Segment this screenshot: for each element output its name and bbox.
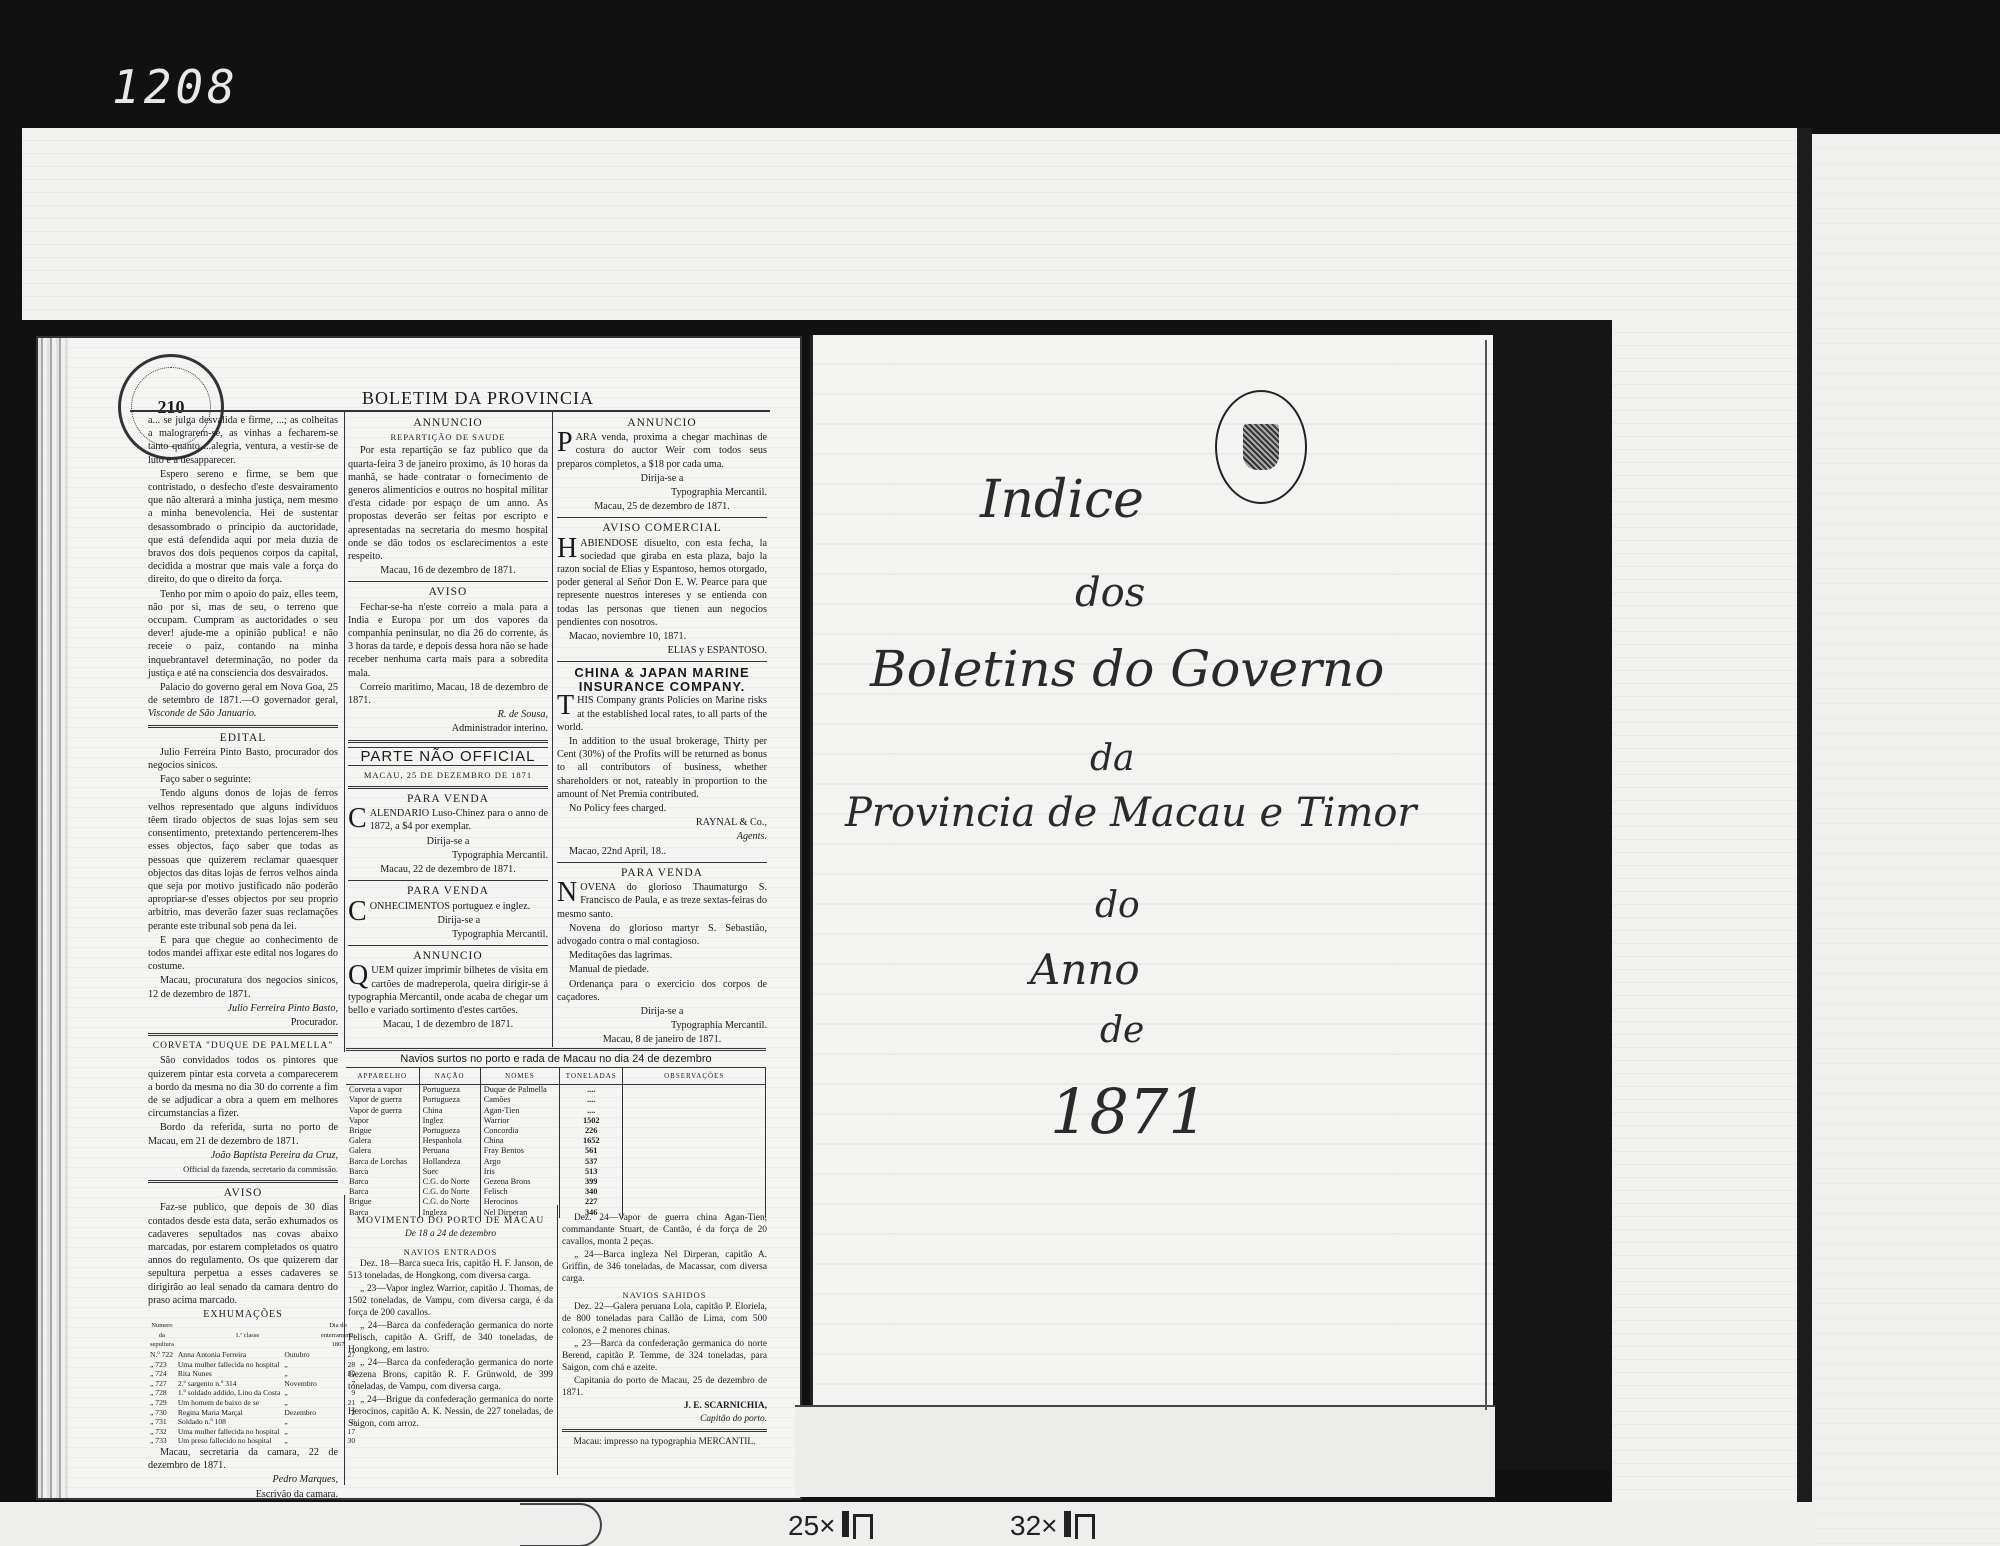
manuscript-line-dos: dos xyxy=(1075,570,1145,616)
exhumacoes-row: „ 729Um homem de baixo de se„21 xyxy=(148,1398,357,1408)
binding-edge xyxy=(38,338,68,1498)
ships-table-cell: Portugueza xyxy=(419,1126,480,1136)
navio-entrado: „ 24—Barca ingleza Nel Dirperan, capitão… xyxy=(562,1249,767,1285)
ships-table-cell: Iris xyxy=(480,1167,559,1177)
venda-direction: Dirija-se a xyxy=(348,914,548,927)
column-2: ANNUNCIO REPARTIÇÃO DE SAUDE Por esta re… xyxy=(348,414,548,1032)
exhumacoes-cell: „ 728 xyxy=(148,1388,176,1398)
navio-entrado: „ 24—Barca da confederação germanica do … xyxy=(348,1357,553,1393)
corveta-heading: CORVETA "DUQUE DE PALMELLA" xyxy=(148,1040,338,1053)
exhumacoes-heading: EXHUMAÇÕES xyxy=(148,1308,338,1321)
venda-heading: PARA VENDA xyxy=(557,867,767,880)
annuncio-typography: Typographia Mercantil. xyxy=(557,486,767,499)
ships-table-cell xyxy=(623,1187,766,1197)
exhumacoes-row: „ 731Soldado n.º 108„6 xyxy=(148,1417,357,1427)
exhumacoes-row: „ 730Regina Maria MarçalDezembro2 xyxy=(148,1408,357,1418)
exhumacoes-table: Numero da sepultura1.ª classeDia do ente… xyxy=(148,1321,357,1446)
ships-table-row: Vapor de guerraPortuguezaCamões.... xyxy=(346,1095,766,1105)
edital-role: Procurador. xyxy=(148,1016,338,1029)
exhumacoes-cell: Um homem de baixo de se xyxy=(176,1398,283,1408)
exhumacoes-header: 1.ª classe xyxy=(176,1321,319,1350)
edital-text: E para que chegue ao conhecimento de tod… xyxy=(148,934,338,974)
edital-text: Julio Ferreira Pinto Basto, procurador d… xyxy=(148,746,338,772)
ships-table-cell: 227 xyxy=(560,1197,623,1207)
aviso-signature: R. de Sousa, xyxy=(348,708,548,721)
ships-table-row: BarcaC.G. do NorteFelisch340 xyxy=(346,1187,766,1197)
venda-text: Manual de piedade. xyxy=(557,963,767,976)
ships-table-cell: 561 xyxy=(560,1146,623,1156)
movimento-heading: MOVIMENTO DO PORTO DE MACAU xyxy=(348,1215,553,1227)
ships-table-cell: Vapor de guerra xyxy=(346,1106,419,1116)
venda-typography: Typographia Mercantil. xyxy=(348,928,548,941)
ships-table-cell xyxy=(623,1106,766,1116)
exhumacoes-cell: Um preso fallecido no hospital xyxy=(176,1436,283,1446)
movimento-closing: Capitania do porto de Macau, 25 de dezem… xyxy=(562,1375,767,1399)
ships-table-cell: Barca xyxy=(346,1177,419,1187)
exhumacoes-cell: „ xyxy=(282,1360,318,1370)
ships-table: APPARELHONAÇÃONOMESTONELADASOBSERVAÇÕES … xyxy=(346,1068,766,1218)
exhumacoes-cell: N.º 722 xyxy=(148,1350,176,1360)
aviso-text: Correio maritimo, Macau, 18 de dezembro … xyxy=(348,681,548,707)
navio-sahido: Dez. 22—Galera peruana Lola, capitão P. … xyxy=(562,1301,767,1337)
masthead-rule xyxy=(130,410,770,412)
exhumacoes-cell: „ 729 xyxy=(148,1398,176,1408)
insurance-text: In addition to the usual brokerage, Thir… xyxy=(557,735,767,801)
exhumacoes-cell: Soldado n.º 108 xyxy=(176,1417,283,1427)
insurance-signature: RAYNAL & Co., xyxy=(557,816,767,829)
corveta-signature: João Baptista Pereira da Cruz, xyxy=(148,1149,338,1162)
masthead: BOLETIM DA PROVINCIA xyxy=(362,388,594,409)
column-rule-1 xyxy=(344,412,345,1052)
ships-table-section: Navios surtos no porto e rada de Macau n… xyxy=(346,1048,766,1218)
corveta-text: Bordo da referida, surta no porto de Mac… xyxy=(148,1121,338,1147)
venda-text: Novena do glorioso martyr S. Sebastião, … xyxy=(557,922,767,948)
column-rule-2 xyxy=(552,412,553,1047)
edital-text: Tendo alguns donos de lojas de ferros ve… xyxy=(148,787,338,932)
movimento-subtitle: De 18 a 24 de dezembro xyxy=(348,1228,553,1240)
ships-table-cell: Hollandeza xyxy=(419,1157,480,1167)
venda-text: CALENDARIO Luso-Chinez para o anno de 18… xyxy=(348,807,548,833)
ships-table-cell: Herocinos xyxy=(480,1197,559,1207)
manuscript-line-provincia: Provincia de Macau e Timor xyxy=(845,790,1417,836)
provincia-stamp xyxy=(1215,390,1307,504)
ships-table-title: Navios surtos no porto e rada de Macau n… xyxy=(346,1051,766,1068)
exhumacoes-cell: „ 733 xyxy=(148,1436,176,1446)
aviso-comercial-heading: AVISO COMERCIAL xyxy=(557,522,767,535)
exhumacoes-row: „ 7281.º soldado addido, Lino da Costa„9 xyxy=(148,1388,357,1398)
annuncio-date: Macau, 25 de dezembro de 1871. xyxy=(557,500,767,513)
ships-table-row: GaleraHespanholaChina1652 xyxy=(346,1136,766,1146)
ships-table-cell: .... xyxy=(560,1095,623,1105)
ships-table-cell: Corveta a vapor xyxy=(346,1085,419,1096)
upper-tab xyxy=(1812,134,2000,1546)
venda-direction: Dirija-se a xyxy=(348,835,548,848)
exhumacoes-cell: „ xyxy=(282,1388,318,1398)
exhumacoes-cell: „ 731 xyxy=(148,1417,176,1427)
exhumacoes-cell: 2.º sargento n.º 314 xyxy=(176,1379,283,1389)
exhumacoes-cell: „ 727 xyxy=(148,1379,176,1389)
column-1: a... se julga desvalida e firme, ...; as… xyxy=(148,414,338,1502)
insurance-text: No Policy fees charged. xyxy=(557,802,767,815)
edital-text: Faço saber o seguinte: xyxy=(148,773,338,786)
ships-table-cell: Inglez xyxy=(419,1116,480,1126)
manuscript-line-indice: Indice xyxy=(980,470,1144,530)
ships-table-cell: China xyxy=(480,1136,559,1146)
movimento-section-right: Dez. 24—Vapor de guerra china Agan-Tien,… xyxy=(562,1212,767,1449)
exhumacoes-cell: Rita Nunes xyxy=(176,1369,283,1379)
exhumacoes-cell: Novembro xyxy=(282,1379,318,1389)
edital-text: Macau, procuratura dos negocios sinicos,… xyxy=(148,974,338,1000)
exhumacoes-row: „ 7272.º sargento n.º 314Novembro7 xyxy=(148,1379,357,1389)
aviso-comercial-text: HABIENDOSE disuelto, con esta fecha, la … xyxy=(557,537,767,629)
exhumacoes-row: N.º 722Anna Antonia FerreiraOutubro27 xyxy=(148,1350,357,1360)
exhumacoes-cell: „ 732 xyxy=(148,1427,176,1437)
parte-nao-official-heading: PARTE NÃO OFFICIAL xyxy=(348,747,548,766)
ships-table-row: VaporInglezWarrior1502 xyxy=(346,1116,766,1126)
column-3: ANNUNCIO PARA venda, proxima a chegar ma… xyxy=(557,414,767,1048)
ships-table-cell: China xyxy=(419,1106,480,1116)
ships-table-cell: Suec xyxy=(419,1167,480,1177)
venda-heading: PARA VENDA xyxy=(348,793,548,806)
aviso-text: Faz-se publico, que depois de 30 dias co… xyxy=(148,1201,338,1307)
venda-typography: Typographia Mercantil. xyxy=(557,1019,767,1032)
navio-entrado: Dez. 18—Barca sueca Iris, capitão H. F. … xyxy=(348,1258,553,1282)
reduction-mark-25: 25× xyxy=(788,1510,873,1542)
ships-table-cell: Galera xyxy=(346,1136,419,1146)
ships-table-cell xyxy=(623,1136,766,1146)
ships-table-cell xyxy=(623,1095,766,1105)
reduction-mark-32: 32× xyxy=(1010,1510,1095,1542)
ships-table-row: Vapor de guerraChinaAgan-Tien.... xyxy=(346,1106,766,1116)
annuncio-text: QUEM quizer imprimir bilhetes de visita … xyxy=(348,964,548,1017)
exhumacoes-row: „ 724Rita Nunes„30 xyxy=(148,1369,357,1379)
ships-column-header: OBSERVAÇÕES xyxy=(623,1068,766,1085)
navio-entrado: „ 24—Brigue da confederação germanica do… xyxy=(348,1394,553,1430)
ships-table-cell: Barca xyxy=(346,1187,419,1197)
ships-table-cell: Hespanhola xyxy=(419,1136,480,1146)
venda-heading: PARA VENDA xyxy=(348,885,548,898)
entrados-heading: NAVIOS ENTRADOS xyxy=(348,1246,553,1258)
ships-table-cell: Peruana xyxy=(419,1146,480,1156)
venda-date: Macau, 8 de janeiro de 1871. xyxy=(557,1033,767,1046)
ships-table-row: BarcaSuecIris513 xyxy=(346,1167,766,1177)
col1-intro: a... se julga desvalida e firme, ...; as… xyxy=(148,414,338,467)
movimento-section: MOVIMENTO DO PORTO DE MACAU De 18 a 24 d… xyxy=(348,1212,553,1431)
ships-column-header: NAÇÃO xyxy=(419,1068,480,1085)
venda-text: Ordenança para o exercicio dos corpos de… xyxy=(557,978,767,1004)
aviso-comercial-date: Macao, noviembre 10, 1871. xyxy=(557,630,767,643)
aviso-heading: AVISO xyxy=(348,586,548,599)
ships-column-header: APPARELHO xyxy=(346,1068,419,1085)
exhumacoes-cell: 30 xyxy=(319,1436,357,1446)
movimento-role: Capitão do porto. xyxy=(562,1413,767,1425)
edital-signature: Julio Ferreira Pinto Basto, xyxy=(148,1002,338,1015)
annuncio-date: Macau, 1 de dezembro de 1871. xyxy=(348,1018,548,1031)
col1-paragraph: Tenho por mim o apoio do paiz, elles tee… xyxy=(148,588,338,680)
ships-table-row: Barca de LorchasHollandezaArgo537 xyxy=(346,1157,766,1167)
navio-sahido: „ 23—Barca da confederação germanica do … xyxy=(562,1338,767,1374)
insurance-date: Macao, 22nd April, 18.. xyxy=(557,845,767,858)
ships-table-cell: Portugueza xyxy=(419,1085,480,1096)
upper-sheet-right xyxy=(1612,320,1797,1546)
manuscript-page xyxy=(810,335,1493,1410)
exhumacoes-cell: Regina Maria Marçal xyxy=(176,1408,283,1418)
exhumacoes-cell: Anna Antonia Ferreira xyxy=(176,1350,283,1360)
ships-table-cell: .... xyxy=(560,1085,623,1096)
venda-date: Macau, 22 de dezembro de 1871. xyxy=(348,863,548,876)
ships-table-cell: C.G. do Norte xyxy=(419,1177,480,1187)
ships-table-cell: Brigue xyxy=(346,1197,419,1207)
ships-table-cell: Vapor de guerra xyxy=(346,1095,419,1105)
manuscript-line-de: de xyxy=(1100,1010,1144,1051)
ships-table-cell xyxy=(623,1197,766,1207)
exhumacoes-cell: Outubro xyxy=(282,1350,318,1360)
ships-table-cell: Gezena Brons xyxy=(480,1177,559,1187)
ships-table-cell: Camões xyxy=(480,1095,559,1105)
column-rule-4 xyxy=(557,1205,558,1475)
venda-text: NOVENA do glorioso Thaumaturgo S. Franci… xyxy=(557,881,767,921)
exhumacoes-cell: Uma mulher fallecida no hospital xyxy=(176,1427,283,1437)
venda-text: CONHECIMENTOS portuguez e inglez. xyxy=(348,900,548,913)
insurance-text: THIS Company grants Policies on Marine r… xyxy=(557,694,767,734)
navio-entrado: „ 24—Barca da confederação germanica do … xyxy=(348,1320,553,1356)
exhumacoes-cell: Uma mulher fallecida no hospital xyxy=(176,1360,283,1370)
ships-table-row: BarcaC.G. do NorteGezena Brons399 xyxy=(346,1177,766,1187)
sheet-edge xyxy=(1797,128,1812,1546)
manuscript-line-anno: Anno xyxy=(1030,945,1140,994)
aviso-role: Administrador interino. xyxy=(348,722,548,735)
ships-table-cell xyxy=(623,1177,766,1187)
manuscript-fold xyxy=(1485,340,1495,1410)
ships-table-cell xyxy=(623,1126,766,1136)
sahidos-heading: NAVIOS SAHIDOS xyxy=(562,1289,767,1301)
exhumacoes-cell: „ xyxy=(282,1369,318,1379)
aviso-text: Macau, secretaria da camara, 22 de dezem… xyxy=(148,1446,338,1472)
ships-table-cell: 340 xyxy=(560,1187,623,1197)
navio-entrado: Dez. 24—Vapor de guerra china Agan-Tien,… xyxy=(562,1212,767,1248)
exhumacoes-cell: „ xyxy=(282,1398,318,1408)
col1-paragraph: Palacio do governo geral em Nova Goa, 25… xyxy=(148,681,338,721)
exhumacoes-header: Numero da sepultura xyxy=(148,1321,176,1350)
annuncio-heading: ANNUNCIO xyxy=(348,417,548,430)
ships-table-cell: 1652 xyxy=(560,1136,623,1146)
ships-table-cell: Duque de Palmella xyxy=(480,1085,559,1096)
exhumacoes-row: „ 732Uma mulher fallecida no hospital„17 xyxy=(148,1427,357,1437)
insurance-heading: CHINA & JAPAN MARINE INSURANCE COMPANY. xyxy=(557,666,767,694)
aviso-comercial-signature: ELIAS y ESPANTOSO. xyxy=(557,644,767,657)
ships-table-cell: Portugueza xyxy=(419,1095,480,1105)
ships-table-cell: Galera xyxy=(346,1146,419,1156)
coat-of-arms-icon xyxy=(1243,424,1279,470)
upper-sheet xyxy=(22,128,1807,320)
exhumacoes-cell: „ 724 xyxy=(148,1369,176,1379)
imprint: Macau: impresso na typographia MERCANTIL… xyxy=(562,1436,767,1448)
annuncio-heading: ANNUNCIO xyxy=(557,417,767,430)
navio-entrado: „ 23—Vapor inglez Warrior, capitão J. Th… xyxy=(348,1283,553,1319)
exhumacoes-cell: „ 730 xyxy=(148,1408,176,1418)
annuncio-text: PARA venda, proxima a chegar machinas de… xyxy=(557,431,767,471)
exhumacoes-cell: „ xyxy=(282,1436,318,1446)
annuncio-direction: Dirija-se a xyxy=(557,472,767,485)
insurance-role: Agents. xyxy=(557,830,767,843)
annuncio-date: Macau, 16 de dezembro de 1871. xyxy=(348,564,548,577)
ships-table-cell: Warrior xyxy=(480,1116,559,1126)
ships-table-cell xyxy=(623,1157,766,1167)
exhumacoes-cell: „ xyxy=(282,1427,318,1437)
ships-table-cell: 226 xyxy=(560,1126,623,1136)
manuscript-line-year: 1871 xyxy=(1050,1075,1208,1148)
manuscript-bottom xyxy=(795,1405,1495,1497)
ships-table-cell: Concordia xyxy=(480,1126,559,1136)
annuncio-text: Por esta repartição se faz publico que d… xyxy=(348,444,548,563)
movimento-signature: J. E. SCARNICHIA, xyxy=(562,1400,767,1412)
ships-table-cell: Argo xyxy=(480,1157,559,1167)
film-oval-mark xyxy=(520,1503,602,1546)
ships-table-cell xyxy=(623,1146,766,1156)
ships-table-cell: C.G. do Norte xyxy=(419,1197,480,1207)
ships-table-row: BrigueC.G. do NorteHerocinos227 xyxy=(346,1197,766,1207)
ships-table-cell: Barca xyxy=(346,1167,419,1177)
ships-table-row: BriguePortuguezaConcordia226 xyxy=(346,1126,766,1136)
ships-table-cell: 537 xyxy=(560,1157,623,1167)
ships-table-cell xyxy=(623,1116,766,1126)
col1-paragraph: Espero sereno e firme, se bem que contri… xyxy=(148,468,338,587)
ships-table-cell xyxy=(623,1085,766,1096)
ships-table-cell: Brigue xyxy=(346,1126,419,1136)
exhumacoes-cell: 1.º soldado addido, Lino da Costa xyxy=(176,1388,283,1398)
exhumacoes-header-row: Numero da sepultura1.ª classeDia do ente… xyxy=(148,1321,357,1350)
ships-table-cell: Barca de Lorchas xyxy=(346,1157,419,1167)
ships-table-cell: Vapor xyxy=(346,1116,419,1126)
venda-text: Meditações das lagrimas. xyxy=(557,949,767,962)
ships-column-header: NOMES xyxy=(480,1068,559,1085)
ships-table-row: GaleraPeruanaFray Bentos561 xyxy=(346,1146,766,1156)
manuscript-line-boletins: Boletins do Governo xyxy=(870,640,1384,698)
ships-table-cell: C.G. do Norte xyxy=(419,1187,480,1197)
ships-column-header: TONELADAS xyxy=(560,1068,623,1085)
edital-heading: EDITAL xyxy=(148,732,338,745)
aviso-text: Fechar-se-ha n'este correio a mala para … xyxy=(348,601,548,680)
annuncio-heading: ANNUNCIO xyxy=(348,950,548,963)
ships-table-cell: .... xyxy=(560,1106,623,1116)
manuscript-line-da: da xyxy=(1090,738,1135,779)
exhumacoes-cell: „ xyxy=(282,1417,318,1427)
corveta-text: São convidados todos os pintores que qui… xyxy=(148,1054,338,1120)
aviso-signature: Pedro Marques, xyxy=(148,1473,338,1486)
corveta-role: Official da fazenda, secretario da commi… xyxy=(148,1163,338,1176)
film-bottom-strip xyxy=(0,1502,1812,1546)
ships-table-cell: Fray Bentos xyxy=(480,1146,559,1156)
frame-number: 1208 xyxy=(112,60,239,114)
ships-table-cell: Agan-Tien xyxy=(480,1106,559,1116)
ships-table-cell: 513 xyxy=(560,1167,623,1177)
ships-table-row: Corveta a vaporPortuguezaDuque de Palmel… xyxy=(346,1085,766,1096)
ships-table-cell: Felisch xyxy=(480,1187,559,1197)
venda-typography: Typographia Mercantil. xyxy=(348,849,548,862)
parte-date: MACAU, 25 DE DEZEMBRO DE 1871 xyxy=(348,769,548,782)
manuscript-line-do: do xyxy=(1095,885,1140,926)
venda-direction: Dirija-se a xyxy=(557,1005,767,1018)
exhumacoes-row: „ 723Uma mulher fallecida no hospital„28 xyxy=(148,1360,357,1370)
ships-table-cell xyxy=(623,1167,766,1177)
aviso-heading: AVISO xyxy=(148,1187,338,1200)
annuncio-subheading: REPARTIÇÃO DE SAUDE xyxy=(348,431,548,444)
exhumacoes-cell: Dezembro xyxy=(282,1408,318,1418)
page-shadow xyxy=(1480,320,1612,1470)
ships-table-cell: 1502 xyxy=(560,1116,623,1126)
ships-table-cell: 399 xyxy=(560,1177,623,1187)
exhumacoes-cell: „ 723 xyxy=(148,1360,176,1370)
exhumacoes-row: „ 733Um preso fallecido no hospital„30 xyxy=(148,1436,357,1446)
aviso-role: Escrivão da camara. xyxy=(148,1488,338,1501)
